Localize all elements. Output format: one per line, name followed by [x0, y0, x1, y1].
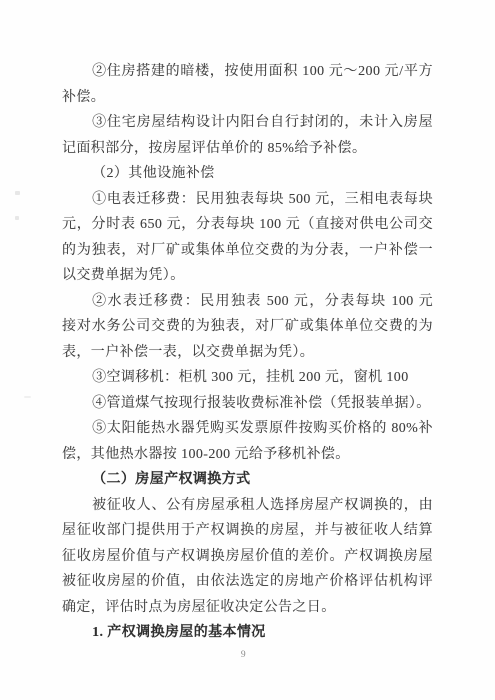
- text-line: 元，分时表 650 元，分表每块 100 元（直接对供电公司交费: [62, 212, 433, 238]
- page-number: 9: [0, 650, 487, 660]
- text-line: 接对水务公司交费的为独表，对厂矿或集体单位交费的为分: [62, 314, 433, 340]
- scan-artifact: [24, 396, 31, 398]
- document-text-block: ②住房搭建的暗楼，按使用面积 100 元～200 元/平方米补偿。③住宅房屋结构…: [62, 59, 433, 646]
- text-line: ⑤太阳能热水器凭购买发票原件按购买价格的 80%补: [62, 416, 433, 442]
- text-line: 记面积部分，按房屋评估单价的 85%给予补偿。: [62, 136, 433, 162]
- text-line: 表，一户补偿一表，以交费单据为凭）。: [62, 340, 433, 366]
- text-line: 被征收房屋的价值，由依法选定的房地产价格评估机构评估: [62, 569, 433, 595]
- text-line: 确定，评估时点为房屋征收决定公告之日。: [62, 595, 433, 621]
- document-page: ②住房搭建的暗楼，按使用面积 100 元～200 元/平方米补偿。③住宅房屋结构…: [0, 0, 495, 700]
- text-line: 偿，其他热水器按 100-200 元给予移机补偿。: [62, 442, 433, 468]
- scan-artifact: [15, 216, 19, 220]
- text-line: ③住宅房屋结构设计内阳台自行封闭的，未计入房屋登: [62, 110, 433, 136]
- text-line: 征收房屋价值与产权调换房屋价值的差价。产权调换房屋和: [62, 544, 433, 570]
- text-line: 补偿。: [62, 85, 433, 111]
- heading-line: （二）房屋产权调换方式: [62, 467, 433, 493]
- text-line: ④管道煤气按现行报装收费标准补偿（凭报装单据）。: [62, 391, 433, 417]
- text-line: 的为独表，对厂矿或集体单位交费的为分表，一户补偿一表，: [62, 238, 433, 264]
- scan-artifact: [15, 191, 20, 195]
- heading-line: 1. 产权调换房屋的基本情况: [62, 620, 433, 646]
- text-line: ③空调移机：柜机 300 元，挂机 200 元，窗机 100 元。: [62, 365, 433, 391]
- text-line: 屋征收部门提供用于产权调换的房屋，并与被征收人结算被: [62, 518, 433, 544]
- text-line: ②住房搭建的暗楼，按使用面积 100 元～200 元/平方米: [62, 59, 433, 85]
- text-line: 以交费单据为凭）。: [62, 263, 433, 289]
- text-line: ①电表迁移费：民用独表每块 500 元，三相电表每块 980: [62, 187, 433, 213]
- text-line: ②水表迁移费：民用独表 500 元，分表每块 100 元（直: [62, 289, 433, 315]
- subheading-line: （2）其他设施补偿: [62, 161, 433, 187]
- text-line: 被征收人、公有房屋承租人选择房屋产权调换的，由房: [62, 493, 433, 519]
